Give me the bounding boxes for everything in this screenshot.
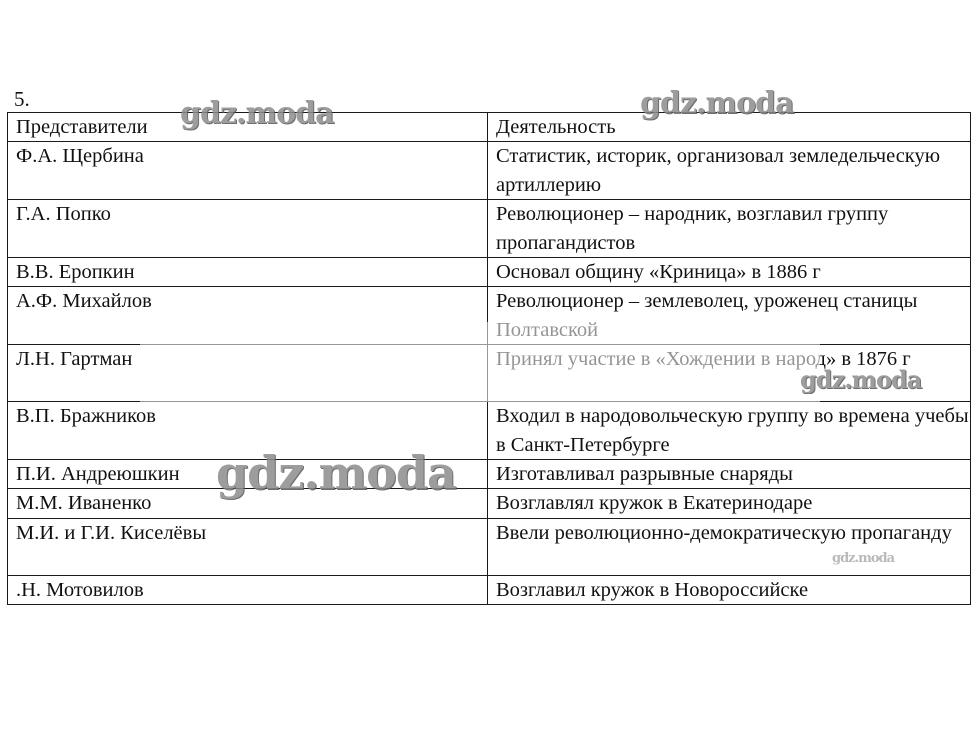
cell-name: М.И. и Г.И. Киселёвы [8,518,488,575]
table-row: В.П. Бражников Входил в народовольческую… [8,402,971,460]
table-row: Ф.А. Щербина Статистик, историк, организ… [8,142,971,200]
cell-name: П.И. Андреюшкин [8,460,488,489]
table-header-row: Представители Деятельность [8,113,971,142]
cell-activity: Входил в народовольческую группу во врем… [488,402,971,460]
table-row: Л.Н. Гартман Принял участие в «Хождении … [8,345,971,402]
cell-activity: Принял участие в «Хождении в народ» в 18… [488,345,971,402]
table-row: Г.А. Попко Революционер – народник, возг… [8,200,971,258]
cell-name: М.М. Иваненко [8,489,488,518]
table-row: М.М. Иваненко Возглавлял кружок в Екатер… [8,489,971,518]
cell-activity: Изготавливал разрывные снаряды [488,460,971,489]
task-number: 5. [14,87,30,111]
cell-activity: Возглавил кружок в Новороссийске [488,575,971,604]
header-representatives: Представители [8,113,488,142]
cell-name: В.В. Еропкин [8,258,488,287]
cell-name: А.Ф. Михайлов [8,287,488,345]
cell-activity: Основал общину «Криница» в 1886 г [488,258,971,287]
table-row: В.В. Еропкин Основал общину «Криница» в … [8,258,971,287]
cell-name: Л.Н. Гартман [8,345,488,402]
table-row: М.И. и Г.И. Киселёвы Ввели революционно-… [8,518,971,575]
header-activity: Деятельность [488,113,971,142]
answer-table: Представители Деятельность Ф.А. Щербина … [7,112,971,605]
table-row: А.Ф. Михайлов Революционер – землеволец,… [8,287,971,345]
cell-activity: Ввели революционно-демократическую пропа… [488,518,971,575]
table-row: .Н. Мотовилов Возглавил кружок в Новорос… [8,575,971,604]
cell-name: .Н. Мотовилов [8,575,488,604]
cell-name: Ф.А. Щербина [8,142,488,200]
cell-name: В.П. Бражников [8,402,488,460]
table-row: П.И. Андреюшкин Изготавливал разрывные с… [8,460,971,489]
cell-activity: Революционер – землеволец, уроженец стан… [488,287,971,345]
cell-activity: Возглавлял кружок в Екатеринодаре [488,489,971,518]
cell-activity: Революционер – народник, возглавил групп… [488,200,971,258]
cell-activity: Статистик, историк, организовал земледел… [488,142,971,200]
cell-name: Г.А. Попко [8,200,488,258]
